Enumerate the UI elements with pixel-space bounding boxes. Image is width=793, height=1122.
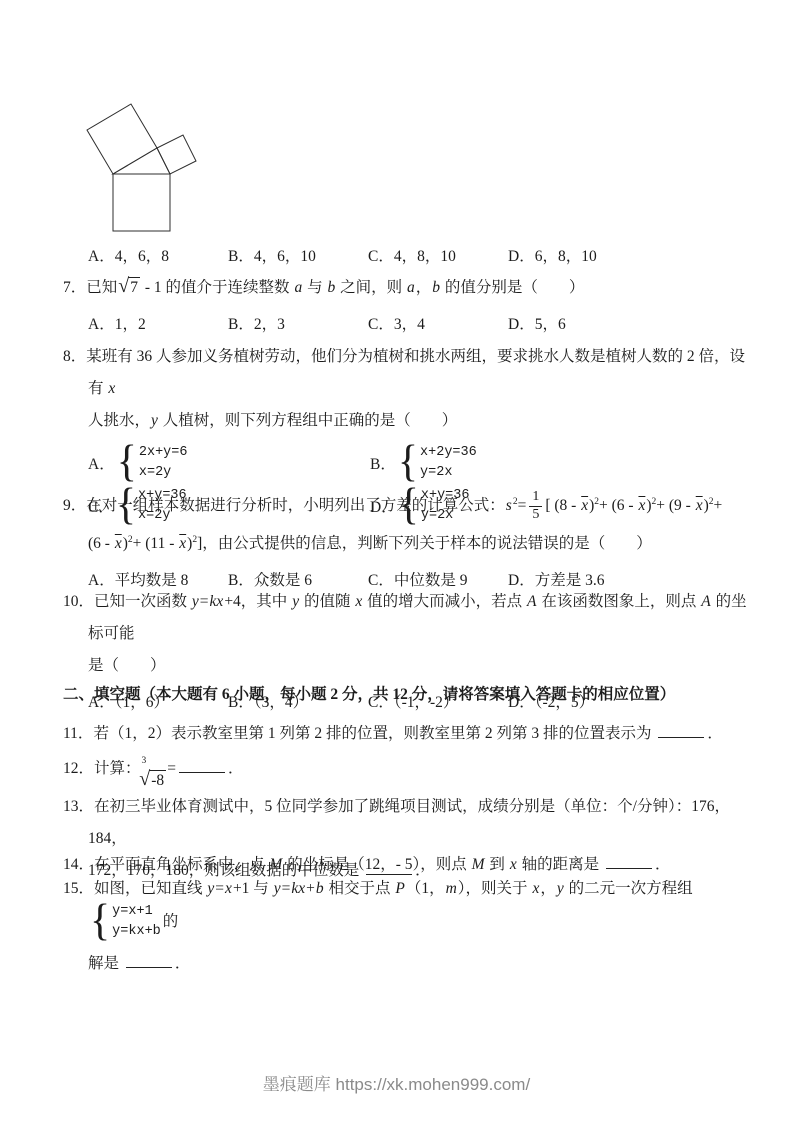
- question-text-line: 13．在初三毕业体育测试中，5 位同学参加了跳绳项目测试，成绩分别是（单位：个/…: [88, 791, 747, 855]
- question-text: 某班有 36 人参加义务植树劳动，他们分为植树和挑水两组，要求挑水人数是植树人数…: [86, 348, 745, 397]
- option-a: A．{2x+y=6x=2y: [88, 441, 370, 484]
- question-text-line: 12．计算：3√-8=．: [88, 750, 747, 790]
- options-row: A．1，2 B．2，3 C．3，4 D．5，6: [88, 310, 747, 340]
- option-d: D．5，6: [508, 310, 566, 340]
- question-number: 12．: [63, 760, 94, 777]
- question-number: 7．: [63, 279, 86, 296]
- option-a: A．4，6，8: [88, 242, 228, 272]
- question-number: 9．: [63, 497, 86, 514]
- question-text-line: 10．已知一次函数 y=kx+4，其中 y 的值随 x 值的增大而减小，若点 A…: [88, 586, 747, 650]
- question-text: 已知√7 - 1 的值介于连续整数 a 与 b 之间，则 a，b 的值分别是（ …: [86, 279, 584, 296]
- question-11: 11．若（1，2）表示教室里第 1 列第 2 排的位置，则教室里第 2 列第 3…: [63, 718, 747, 750]
- pythagorean-squares-figure: [85, 98, 198, 238]
- question-text-line: 解是 ．: [88, 948, 747, 980]
- question-7: 7．已知√7 - 1 的值介于连续整数 a 与 b 之间，则 a，b 的值分别是…: [63, 272, 747, 340]
- big-square-shape: [113, 174, 170, 231]
- question-number: 11．: [63, 725, 93, 742]
- site-name-and-url: 墨痕题库 https://xk.mohen999.com/: [263, 1075, 530, 1094]
- question-text: 已知一次函数 y=kx+4，其中 y 的值随 x 值的增大而减小，若点 A 在该…: [88, 593, 747, 642]
- medium-square-shape: [87, 104, 157, 174]
- question-text: 在对一组样本数据进行分析时，小明列出了方差的计算公式：s2=15[ (8 - x…: [86, 497, 722, 514]
- question-text-line: 15．如图，已知直线 y=x+1 与 y=kx+b 相交于点 P（1，m），则关…: [88, 876, 747, 942]
- question-12: 12．计算：3√-8=．: [63, 750, 747, 790]
- question-text-line: 11．若（1，2）表示教室里第 1 列第 2 排的位置，则教室里第 2 列第 3…: [88, 718, 747, 750]
- question-number: 10．: [63, 593, 94, 610]
- question-text-line: (6 - x)2+ (11 - x)2]，由公式提供的信息，判断下列关于样本的说…: [88, 524, 747, 560]
- question-text: 计算：3√-8=．: [94, 760, 243, 777]
- option-d: D．6，8，10: [508, 242, 597, 272]
- question-15: 15．如图，已知直线 y=x+1 与 y=kx+b 相交于点 P（1，m），则关…: [63, 876, 747, 980]
- question-number: 8．: [63, 348, 86, 365]
- question-number: 13．: [63, 798, 94, 815]
- question-text: 在平面直角坐标系中，点 M 的坐标是（12，- 5），则点 M 到 x 轴的距离…: [94, 856, 670, 873]
- question-text-line: 9．在对一组样本数据进行分析时，小明列出了方差的计算公式：s2=15[ (8 -…: [88, 486, 747, 524]
- question-9: 9．在对一组样本数据进行分析时，小明列出了方差的计算公式：s2=15[ (8 -…: [63, 486, 747, 596]
- options-row: A．4，6，8 B．4，6，10 C．4，8，10 D．6，8，10: [88, 242, 747, 272]
- section-2-header: 二、填空题（本大题有 6 小题，每小题 2 分，共 12 分，请将答案填入答题卡…: [63, 683, 747, 707]
- question-6-options-block: A．4，6，8 B．4，6，10 C．4，8，10 D．6，8，10: [63, 242, 747, 272]
- option-c: C．4，8，10: [368, 242, 508, 272]
- exam-paper-page: A．4，6，8 B．4，6，10 C．4，8，10 D．6，8，10 7．已知√…: [0, 0, 793, 1122]
- question-text-line: 人挑水，y 人植树，则下列方程组中正确的是（ ）: [88, 405, 747, 437]
- question-text: 若（1，2）表示教室里第 1 列第 2 排的位置，则教室里第 2 列第 3 排的…: [93, 725, 722, 742]
- right-triangle-shape: [113, 148, 170, 174]
- question-text: 如图，已知直线 y=x+1 与 y=kx+b 相交于点 P（1，m），则关于 x…: [88, 880, 693, 930]
- question-text: 在初三毕业体育测试中，5 位同学参加了跳绳项目测试，成绩分别是（单位：个/分钟）…: [88, 798, 730, 847]
- option-b: B．4，6，10: [228, 242, 368, 272]
- question-text-line: 是（ ）: [88, 650, 747, 682]
- option-a: A．1，2: [88, 310, 228, 340]
- question-number: 14．: [63, 856, 94, 873]
- option-b: B．2，3: [228, 310, 368, 340]
- small-square-shape: [157, 135, 196, 174]
- footer-watermark: 墨痕题库 https://xk.mohen999.com/: [0, 1070, 793, 1095]
- option-b: B．{x+2y=36y=2x: [370, 441, 747, 484]
- question-number: 15．: [63, 880, 94, 897]
- option-c: C．3，4: [368, 310, 508, 340]
- question-text-line: 8．某班有 36 人参加义务植树劳动，他们分为植树和挑水两组，要求挑水人数是植树…: [88, 341, 747, 405]
- question-text-line: 7．已知√7 - 1 的值介于连续整数 a 与 b 之间，则 a，b 的值分别是…: [88, 272, 747, 304]
